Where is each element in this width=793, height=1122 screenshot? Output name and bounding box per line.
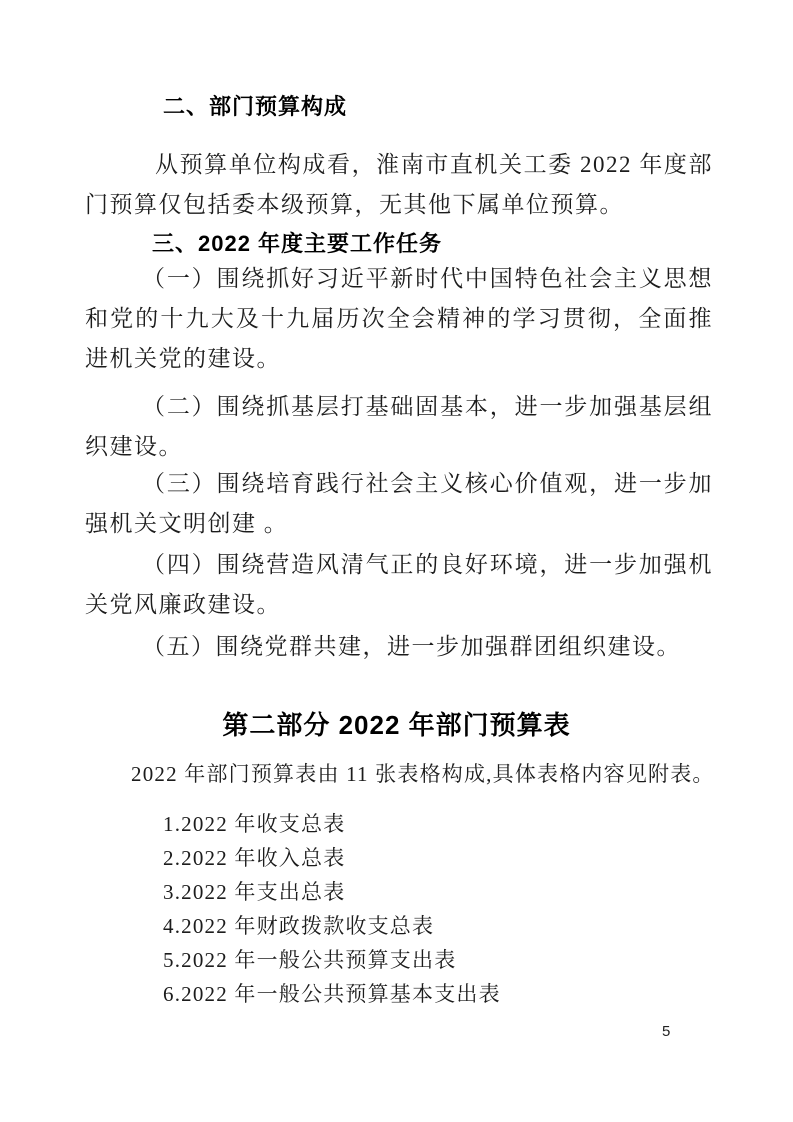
paragraph-task-5: （五）围绕党群共建，进一步加强群团组织建设。 [85,627,713,667]
page-number: 5 [662,1023,670,1041]
paragraph-task-2: （二）围绕抓基层打基础固基本，进一步加强基层组织建设。 [85,387,713,467]
list-item-table-1: 1.2022 年收支总表 [85,807,713,841]
list-item-table-5: 5.2022 年一般公共预算支出表 [85,943,713,977]
paragraph-task-1: （一）围绕抓好习近平新时代中国特色社会主义思想和党的十九大及十九届历次全会精神的… [85,259,713,379]
heading-budget-composition: 二、部门预算构成 [85,89,713,125]
paragraph-budget-composition: 从预算单位构成看，淮南市直机关工委 2022 年度部门预算仅包括委本级预算，无其… [85,145,713,225]
document-page: 二、部门预算构成 从预算单位构成看，淮南市直机关工委 2022 年度部门预算仅包… [0,0,793,1122]
list-item-table-4: 4.2022 年财政拨款收支总表 [85,909,713,943]
paragraph-task-3: （三）围绕培育践行社会主义核心价值观，进一步加强机关文明创建 。 [85,464,713,544]
list-item-table-2: 2.2022 年收入总表 [85,841,713,875]
list-item-table-3: 3.2022 年支出总表 [85,875,713,909]
paragraph-task-4: （四）围绕营造风清气正的良好环境，进一步加强机关党风廉政建设。 [85,545,713,625]
heading-part2-budget-tables: 第二部分 2022 年部门预算表 [0,705,793,745]
list-item-table-6: 6.2022 年一般公共预算基本支出表 [85,977,713,1011]
budget-table-list: 1.2022 年收支总表 2.2022 年收入总表 3.2022 年支出总表 4… [85,807,713,1011]
heading-main-tasks: 三、2022 年度主要工作任务 [85,226,713,262]
paragraph-part2-intro: 2022 年部门预算表由 11 张表格构成,具体表格内容见附表。 [85,754,725,794]
